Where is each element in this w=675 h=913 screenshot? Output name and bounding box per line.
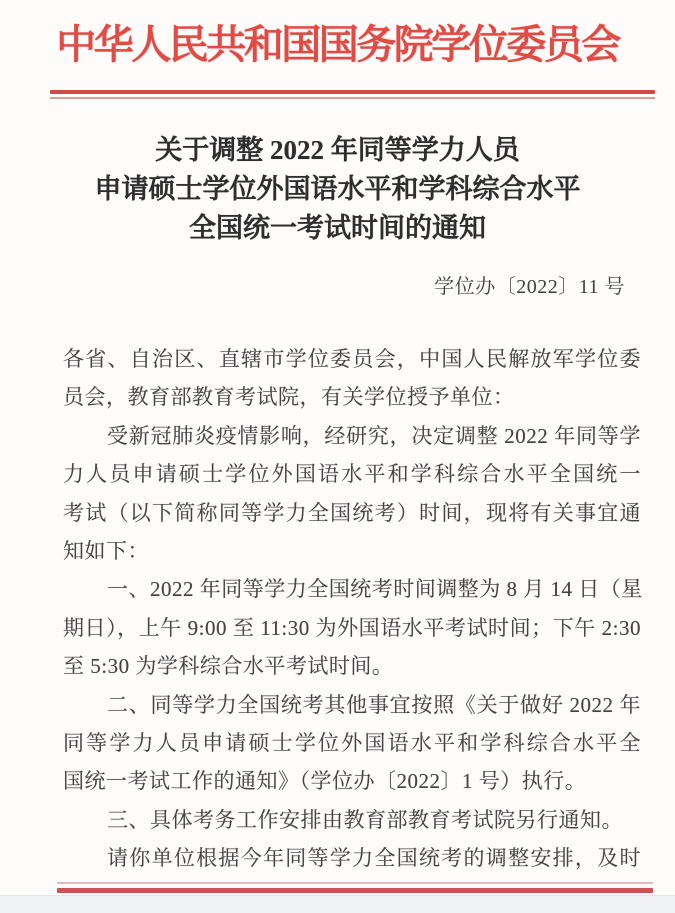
body-line: 期日），上午 9:00 至 11:30 为外国语水平考试时间；下午 2:30 <box>63 609 641 647</box>
header-rule-thin <box>50 97 655 99</box>
notice-title-line-2: 申请硕士学位外国语水平和学科综合水平 <box>0 170 675 209</box>
body-line: 二、同等学力全国统考其他事宜按照《关于做好 2022 年 <box>63 686 641 724</box>
issuing-organization-header: 中华人民共和国国务院学位委员会 <box>0 16 675 74</box>
body-line: 员会，教育部教育考试院，有关学位授予单位： <box>63 378 641 416</box>
body-line: 三、具体考务工作安排由教育部教育考试院另行通知。 <box>63 801 641 839</box>
notice-title-line-1: 关于调整 2022 年同等学力人员 <box>0 131 675 170</box>
body-line: 国统一考试工作的通知》（学位办〔2022〕1 号）执行。 <box>63 762 641 800</box>
body-line: 至 5:30 为学科综合水平考试时间。 <box>63 647 641 685</box>
body-line: 受新冠肺炎疫情影响，经研究，决定调整 2022 年同等学 <box>63 417 641 455</box>
footer-rule-thin <box>57 882 653 884</box>
document-number: 学位办〔2022〕11 号 <box>0 272 675 302</box>
notice-title: 关于调整 2022 年同等学力人员 申请硕士学位外国语水平和学科综合水平 全国统… <box>0 131 675 248</box>
footer-rule-thick <box>57 888 653 893</box>
body-line: 各省、自治区、直辖市学位委员会，中国人民解放军学位委 <box>63 340 641 378</box>
page-bottom-edge <box>0 895 675 913</box>
notice-title-line-3: 全国统一考试时间的通知 <box>0 209 675 248</box>
body-line: 力人员申请硕士学位外国语水平和学科综合水平全国统一 <box>63 455 641 493</box>
body-line: 知如下： <box>63 532 641 570</box>
body-line: 同等学力人员申请硕士学位外国语水平和学科综合水平全 <box>63 724 641 762</box>
notice-body: 各省、自治区、直辖市学位委员会，中国人民解放军学位委 员会，教育部教育考试院，有… <box>63 340 641 878</box>
scanned-notice-page: 中华人民共和国国务院学位委员会 关于调整 2022 年同等学力人员 申请硕士学位… <box>0 0 675 913</box>
body-line: 考试（以下简称同等学力全国统考）时间，现将有关事宜通 <box>63 494 641 532</box>
header-rule-thick <box>50 90 655 94</box>
body-line: 一、2022 年同等学力全国统考时间调整为 8 月 14 日（星 <box>63 570 641 608</box>
body-line: 请你单位根据今年同等学力全国统考的调整安排，及时 <box>63 839 641 877</box>
